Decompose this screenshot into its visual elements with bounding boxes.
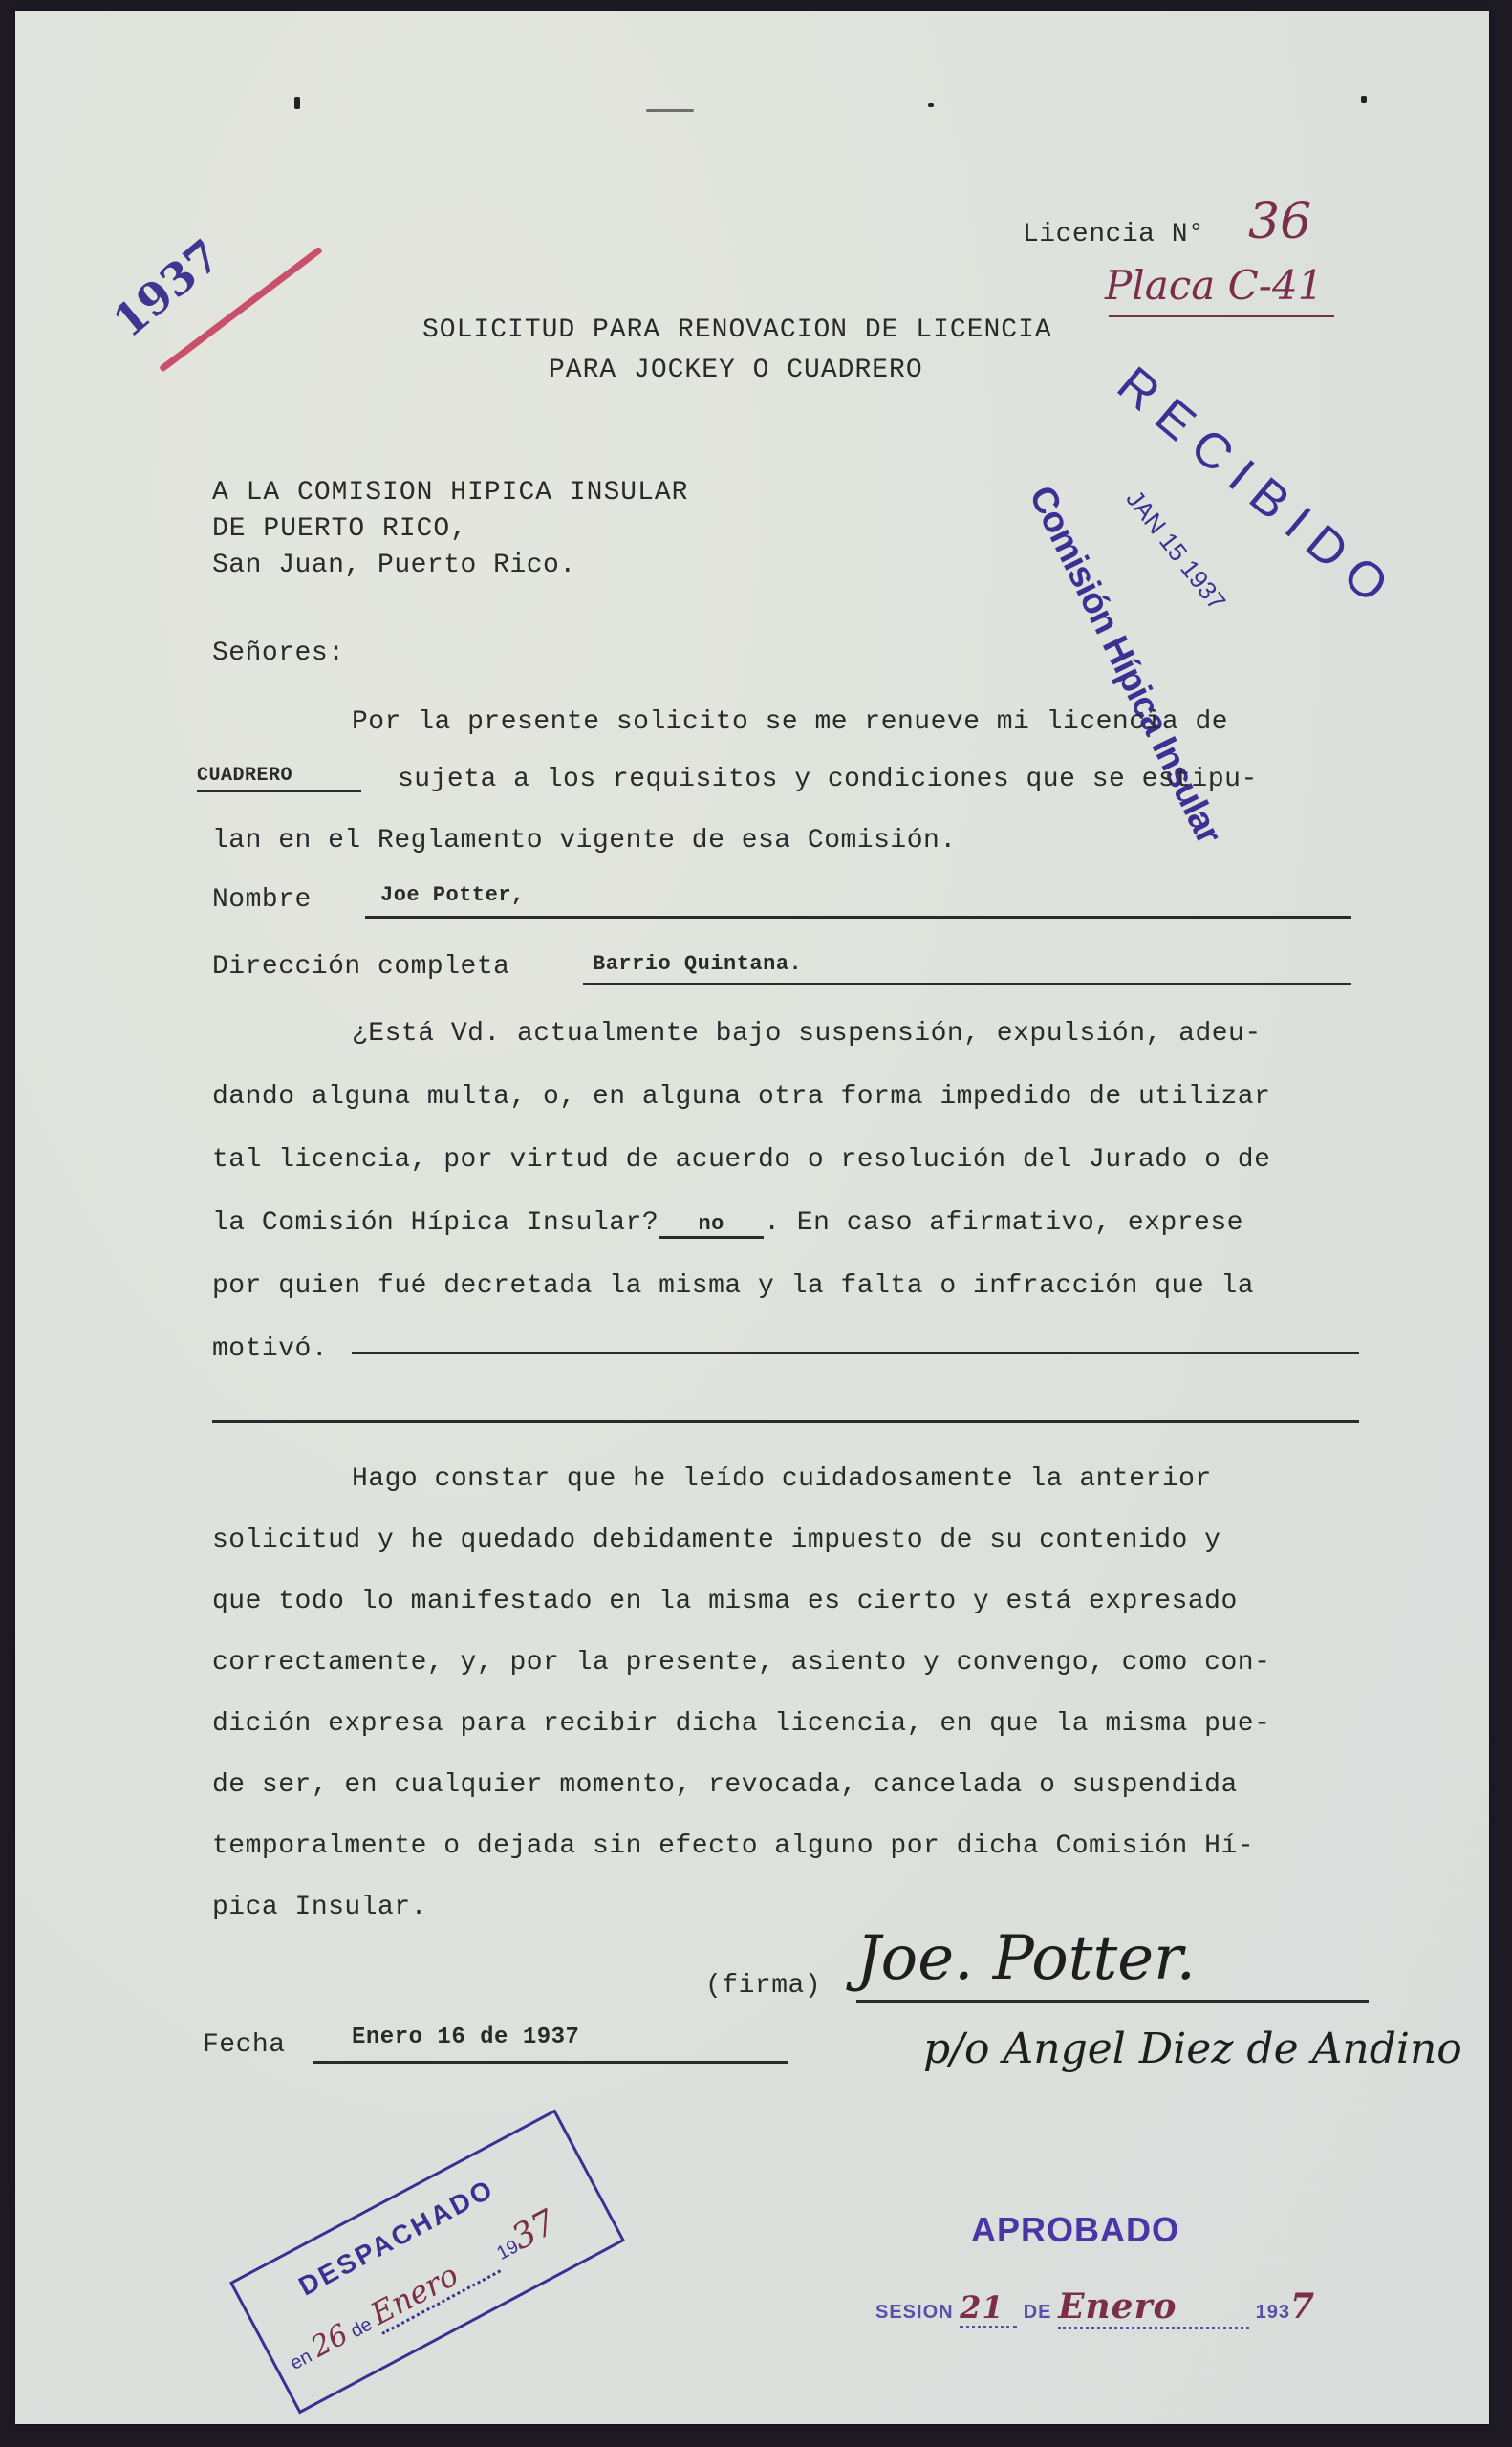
license-type-underline (197, 790, 361, 792)
nombre-value: Joe Potter, (380, 883, 525, 907)
form-title-line1: SOLICITUD PARA RENOVACION DE LICENCIA (422, 315, 1052, 345)
fecha-underline (313, 2061, 788, 2064)
question-line4-text: la Comisión Hípica Insular? (212, 1208, 659, 1238)
sesion-month: Enero (1058, 2286, 1249, 2329)
addressee-line1: A LA COMISION HIPICA INSULAR (212, 478, 688, 508)
question-line2: dando alguna multa, o, en alguna otra fo… (212, 1082, 1270, 1112)
ink-speck (1361, 96, 1367, 103)
aprobado-session-line: SESION 21 DE Enero 1937 (875, 2286, 1315, 2329)
sesion-de: DE (1024, 2302, 1052, 2323)
signature-by-proxy: p/o Angel Diez de Andino (923, 2025, 1462, 2073)
addressee-line3: San Juan, Puerto Rico. (212, 551, 576, 580)
licencia-number: 36 (1248, 193, 1311, 250)
question-line5: por quien fué decretada la misma y la fa… (212, 1271, 1254, 1301)
question-line6: motivó. (212, 1334, 328, 1364)
nombre-underline (365, 916, 1351, 919)
para1-line1: Por la presente solicito se me renueve m… (352, 707, 1228, 737)
declaration-line6: de ser, en cualquier momento, revocada, … (212, 1770, 1238, 1800)
declaration-line8: pica Insular. (212, 1893, 427, 1922)
declaration-line2: solicitud y he quedado debidamente impue… (212, 1526, 1220, 1555)
motivo-underline-2 (212, 1420, 1359, 1423)
motivo-underline-1 (352, 1352, 1359, 1354)
sesion-year-prefix: 193 (1256, 2302, 1290, 2323)
aprobado-stamp-title: APROBADO (971, 2210, 1179, 2250)
question-line4: la Comisión Hípica Insular?no. En caso a… (212, 1208, 1243, 1239)
recibido-date: JAN 15 1937 (1120, 485, 1232, 617)
question-line4-post: . En caso afirmativo, exprese (764, 1208, 1243, 1238)
direccion-underline (583, 983, 1351, 985)
declaration-line7: temporalmente o dejada sin efecto alguno… (212, 1831, 1254, 1861)
document-page: 1937 Licencia N° 36 Placa C-41 SOLICITUD… (15, 11, 1489, 2424)
license-type-value: CUADRERO (197, 765, 292, 787)
question-answer: no (659, 1212, 764, 1239)
question-line1: ¿Está Vd. actualmente bajo suspensión, e… (352, 1019, 1262, 1049)
direccion-value: Barrio Quintana. (593, 952, 802, 976)
declaration-line1: Hago constar que he leído cuidadosamente… (352, 1464, 1212, 1494)
fecha-label: Fecha (203, 2030, 286, 2060)
signature-underline (856, 2000, 1369, 2003)
recibido-org: Comisión Hípica Insular (1020, 480, 1228, 850)
para1-line2: sujeta a los requisitos y condiciones qu… (398, 765, 1258, 794)
sesion-day: 21 (960, 2289, 1017, 2328)
placa-underline (1109, 315, 1334, 317)
declaration-line3: que todo lo manifestado en la misma es c… (212, 1587, 1238, 1616)
ink-speck (928, 103, 934, 107)
firma-label: (firma) (705, 1971, 821, 2001)
addressee-line2: DE PUERTO RICO, (212, 514, 467, 544)
form-title-line2: PARA JOCKEY O CUADRERO (549, 356, 923, 385)
despachado-day: 26 (306, 2318, 354, 2365)
ink-speck (294, 97, 300, 109)
despachado-stamp: DESPACHADO en 26 de Enero 1937 (229, 2110, 625, 2415)
declaration-line4: correctamente, y, por la presente, asien… (212, 1648, 1270, 1678)
para1-line3: lan en el Reglamento vigente de esa Comi… (212, 826, 957, 855)
despachado-de: de (347, 2313, 376, 2342)
direccion-label: Dirección completa (212, 952, 509, 982)
licencia-label: Licencia N° (1023, 220, 1204, 249)
recibido-stamp: RECIBIDO JAN 15 1937 Comisión Hípica Ins… (1019, 336, 1420, 738)
question-line3: tal licencia, por virtud de acuerdo o re… (212, 1145, 1270, 1175)
ink-speck (646, 109, 694, 112)
sesion-year-suffix: 7 (1290, 2286, 1315, 2327)
placa-number: Placa C-41 (1105, 262, 1323, 309)
recibido-title: RECIBIDO (1106, 356, 1409, 623)
nombre-label: Nombre (212, 885, 312, 915)
fecha-value: Enero 16 de 1937 (352, 2025, 579, 2050)
applicant-signature: Joe. Potter. (856, 1923, 1196, 1994)
declaration-line5: dición expresa para recibir dicha licenc… (212, 1709, 1270, 1739)
sesion-label: SESION (875, 2302, 954, 2323)
salutation: Señores: (212, 639, 344, 668)
despachado-prefix: en (287, 2346, 315, 2374)
